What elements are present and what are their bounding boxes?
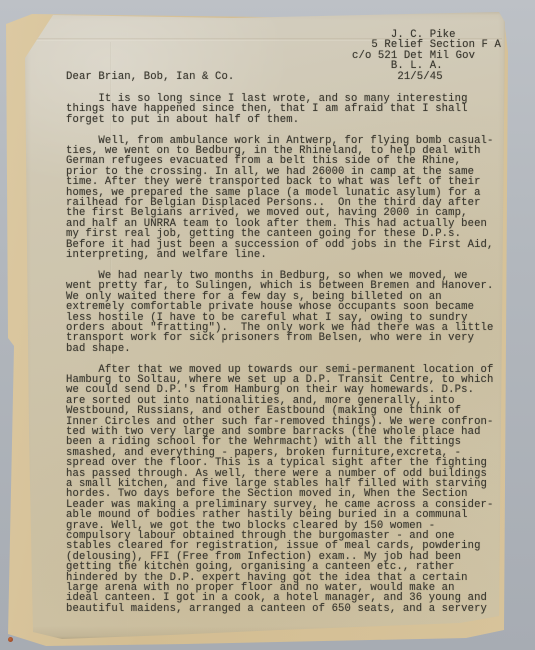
- paragraph: It is so long since I last wrote, and so…: [66, 94, 494, 125]
- letter-header: J. C. Pike 5 Relief Section F A c/o 521 …: [352, 30, 501, 82]
- scan-background: J. C. Pike 5 Relief Section F A c/o 521 …: [0, 0, 535, 650]
- paragraph: After that we moved up towards our semi-…: [66, 365, 494, 615]
- letter-body: It is so long since I last wrote, and so…: [66, 94, 494, 625]
- letter-page: J. C. Pike 5 Relief Section F A c/o 521 …: [22, 12, 506, 640]
- stain-dot: [8, 637, 13, 642]
- salutation: Dear Brian, Bob, Ian & Co.: [66, 72, 234, 82]
- paragraph: We had nearly two months in Bedburg, so …: [66, 271, 494, 354]
- paragraph: Well, from ambulance work in Antwerp, fo…: [66, 136, 494, 261]
